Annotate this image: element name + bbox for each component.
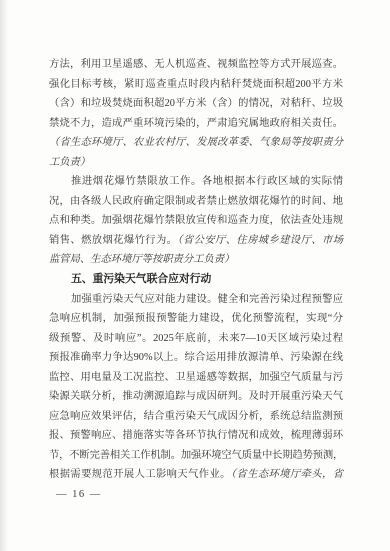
page-number: — 16 — [56, 487, 102, 503]
document-line: 况，由各级人民政府确定限制或者禁止燃放烟花爆竹的时间、地 [49, 192, 343, 212]
body-text: 强化目标考核，紧盯巡查重点时段内秸秆焚烧面积超200平方米 [49, 79, 343, 90]
department-attribution-text: 工负责） [49, 157, 90, 168]
document-line: 级预警、及时响应”。2025年底前，未来7—10天区域污染过程 [49, 329, 343, 349]
document-line: 节，不断完善相关工作机制。加强环境空气质量中长期趋势预测， [49, 446, 343, 466]
section-heading: 五、重污染天气联合应对行动 [49, 270, 343, 290]
document-line: （含）和垃圾焚烧面积超20平方米（含）的情况，对秸秆、垃圾 [49, 94, 343, 114]
document-line: 推进烟花爆竹禁限放工作。各地根据本行政区域的实际情 [49, 172, 343, 192]
body-text: 根据需要规范开展人工影响天气作业。 [49, 469, 231, 480]
body-text: 报、预警响应、措施落实等各环节执行情况和成效，梳理薄弱环 [49, 430, 343, 441]
document-line: 监管局、生态环境厅等按职责分工负责） [49, 250, 343, 270]
body-text: 况，由各级人民政府确定限制或者禁止燃放烟花爆竹的时间、地 [49, 196, 343, 207]
document-line: 禁烧不力，造成严重环境污染的，严肃追究属地政府相关责任。 [49, 114, 343, 134]
department-attribution-text: （省生态环境厅牵头，省 [231, 469, 343, 480]
department-attribution-text: （省生态环境厅、农业农村厅、发展改革委、气象局等按职责分 [49, 137, 343, 148]
body-text: 预报准确率力争达90%以上。综合运用排放源清单、污染源在线 [49, 352, 343, 363]
body-text: 应急响应效果评估，结合重污染天气成因分析，系统总结监测预 [49, 411, 343, 422]
body-text: （含）和垃圾焚烧面积超20平方米（含）的情况，对秸秆、垃圾 [49, 98, 343, 109]
scan-edge-shadow [0, 0, 8, 551]
document-line: 方法，利用卫星遥感、无人机巡查、视频监控等方式开展巡查。 [49, 55, 343, 75]
document-line: 监控、用电量及工况监控、卫星遥感等数据，加强空气质量与污 [49, 368, 343, 388]
document-page: 方法，利用卫星遥感、无人机巡查、视频监控等方式开展巡查。强化目标考核，紧盯巡查重… [0, 0, 390, 551]
body-text: 监控、用电量及工况监控、卫星遥感等数据，加强空气质量与污 [49, 372, 343, 383]
document-line: 急响应机制，加强预报预警能力建设，优化预警流程，实现“分 [49, 309, 343, 329]
body-text: 节，不断完善相关工作机制。加强环境空气质量中长期趋势预测， [49, 450, 343, 461]
department-attribution-text: 监管局、生态环境厅等按职责分工负责） [49, 254, 234, 265]
body-text: 推进烟花爆竹禁限放工作。各地根据本行政区域的实际情 [71, 176, 343, 187]
document-line: 报、预警响应、措施落实等各环节执行情况和成效，梳理薄弱环 [49, 426, 343, 446]
body-text: 禁烧不力，造成严重环境污染的，严肃追究属地政府相关责任。 [49, 118, 343, 129]
body-text: 销售、燃放烟花爆竹行为。 [49, 235, 177, 246]
body-text: 点和种类。加强烟花爆竹禁限放宣传和巡查力度，依法查处违规 [49, 215, 343, 226]
document-line: 强化目标考核，紧盯巡查重点时段内秸秆焚烧面积超200平方米 [49, 75, 343, 95]
document-line: （省生态环境厅、农业农村厅、发展改革委、气象局等按职责分 [49, 133, 343, 153]
department-attribution-text: （省公安厅、住房城乡建设厅、市场 [177, 235, 343, 246]
document-line: 染源关联分析，推动溯源追踪与成因研判。及时开展重污染天气 [49, 387, 343, 407]
body-text: 级预警、及时响应”。2025年底前，未来7—10天区域污染过程 [49, 333, 343, 344]
body-text: 染源关联分析，推动溯源追踪与成因研判。及时开展重污染天气 [49, 391, 343, 402]
document-line: 加强重污染天气应对能力建设。健全和完善污染过程预警应 [49, 290, 343, 310]
document-line: 应急响应效果评估，结合重污染天气成因分析，系统总结监测预 [49, 407, 343, 427]
document-line: 预报准确率力争达90%以上。综合运用排放源清单、污染源在线 [49, 348, 343, 368]
document-line: 根据需要规范开展人工影响天气作业。（省生态环境厅牵头，省 [49, 465, 343, 485]
document-line: 销售、燃放烟花爆竹行为。（省公安厅、住房城乡建设厅、市场 [49, 231, 343, 251]
document-body: 方法，利用卫星遥感、无人机巡查、视频监控等方式开展巡查。强化目标考核，紧盯巡查重… [49, 55, 343, 485]
document-line: 点和种类。加强烟花爆竹禁限放宣传和巡查力度，依法查处违规 [49, 211, 343, 231]
document-line: 工负责） [49, 153, 343, 173]
body-text: 加强重污染天气应对能力建设。健全和完善污染过程预警应 [71, 294, 343, 305]
body-text: 五、重污染天气联合应对行动 [71, 273, 211, 285]
body-text: 方法，利用卫星遥感、无人机巡查、视频监控等方式开展巡查。 [49, 59, 343, 70]
body-text: 急响应机制，加强预报预警能力建设，优化预警流程，实现“分 [49, 313, 343, 324]
